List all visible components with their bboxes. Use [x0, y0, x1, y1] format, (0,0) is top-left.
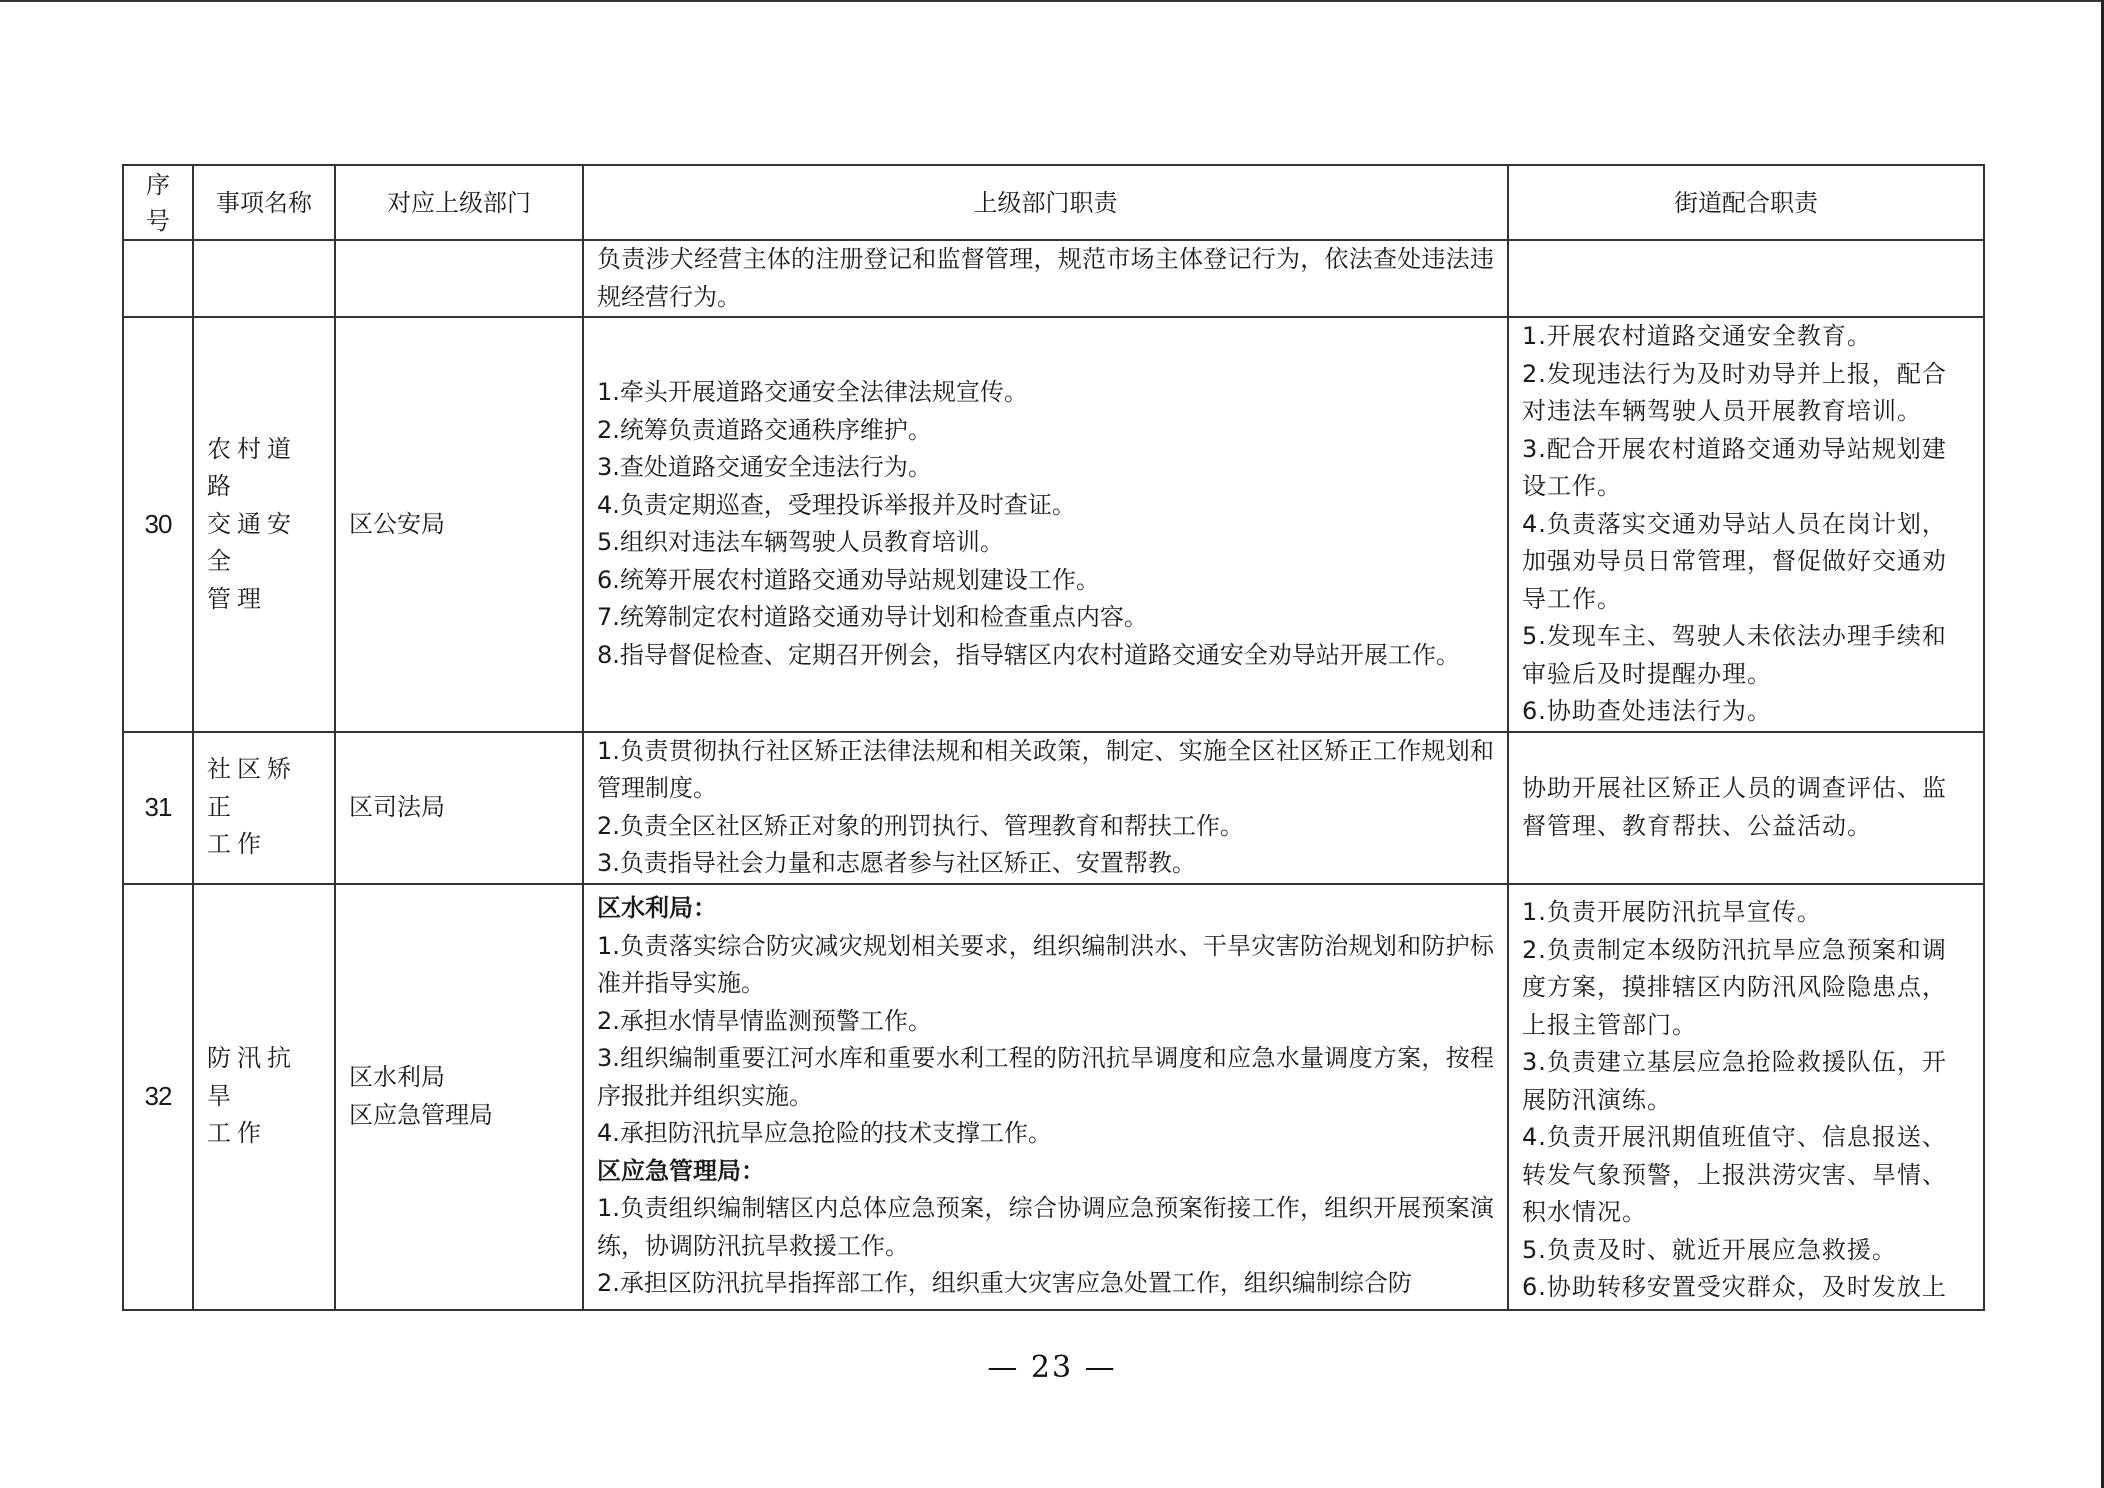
table-row: 30 农村道路 交通安全 管理 区公安局 1.牵头开展道路交通安全法律法规宣传。… — [123, 317, 1984, 732]
header-upper-dept: 对应上级部门 — [335, 165, 583, 240]
header-street-duty: 街道配合职责 — [1508, 165, 1984, 240]
street-duty-cell: 1.开展农村道路交通安全教育。 2.发现违法行为及时劝导并上报，配合对违法车辆驾… — [1508, 317, 1984, 732]
street-duty-cell: 协助开展社区矫正人员的调查评估、监督管理、教育帮扶、公益活动。 — [1508, 732, 1984, 884]
upper-dept-cell — [335, 240, 583, 317]
section-heading: 区水利局： — [597, 890, 1494, 928]
table-row: 负责涉犬经营主体的注册登记和监督管理，规范市场主体登记行为，依法查处违法违规经营… — [123, 240, 1984, 317]
section-heading: 区应急管理局： — [597, 1153, 1494, 1191]
header-item-name: 事项名称 — [193, 165, 335, 240]
header-no: 序 号 — [123, 165, 193, 240]
row-number: 30 — [123, 317, 193, 732]
upper-duty-cell: 区水利局： 1.负责落实综合防灾减灾规划相关要求，组织编制洪水、干旱灾害防治规划… — [583, 884, 1508, 1310]
table-row: 32 防汛抗旱 工作 区水利局 区应急管理局 区水利局： 1.负责落实综合防灾减… — [123, 884, 1984, 1310]
duty-table: 序 号 事项名称 对应上级部门 上级部门职责 街道配合职责 负责涉犬经营主体的注… — [122, 164, 1985, 1311]
item-name-cell — [193, 240, 335, 317]
upper-dept-cell: 区公安局 — [335, 317, 583, 732]
page-number: — 23 — — [0, 1350, 2104, 1385]
row-number — [123, 240, 193, 317]
row-number: 31 — [123, 732, 193, 884]
upper-dept-cell: 区水利局 区应急管理局 — [335, 884, 583, 1310]
upper-dept-cell: 区司法局 — [335, 732, 583, 884]
page-top-rule — [0, 0, 2104, 2]
upper-duty-cell: 1.牵头开展道路交通安全法律法规宣传。 2.统筹负责道路交通秩序维护。 3.查处… — [583, 317, 1508, 732]
upper-duty-cell: 负责涉犬经营主体的注册登记和监督管理，规范市场主体登记行为，依法查处违法违规经营… — [583, 240, 1508, 317]
row-number: 32 — [123, 884, 193, 1310]
upper-duty-cell: 1.负责贯彻执行社区矫正法律法规和相关政策，制定、实施全区社区矫正工作规划和管理… — [583, 732, 1508, 884]
table-row: 31 社区矫正 工作 区司法局 1.负责贯彻执行社区矫正法律法规和相关政策，制定… — [123, 732, 1984, 884]
item-name-cell: 社区矫正 工作 — [193, 732, 335, 884]
table-header-row: 序 号 事项名称 对应上级部门 上级部门职责 街道配合职责 — [123, 165, 1984, 240]
street-duty-cell: 1.负责开展防汛抗旱宣传。 2.负责制定本级防汛抗旱应急预案和调度方案，摸排辖区… — [1508, 884, 1984, 1310]
item-name-cell: 农村道路 交通安全 管理 — [193, 317, 335, 732]
header-upper-duty: 上级部门职责 — [583, 165, 1508, 240]
item-name-cell: 防汛抗旱 工作 — [193, 884, 335, 1310]
street-duty-cell — [1508, 240, 1984, 317]
